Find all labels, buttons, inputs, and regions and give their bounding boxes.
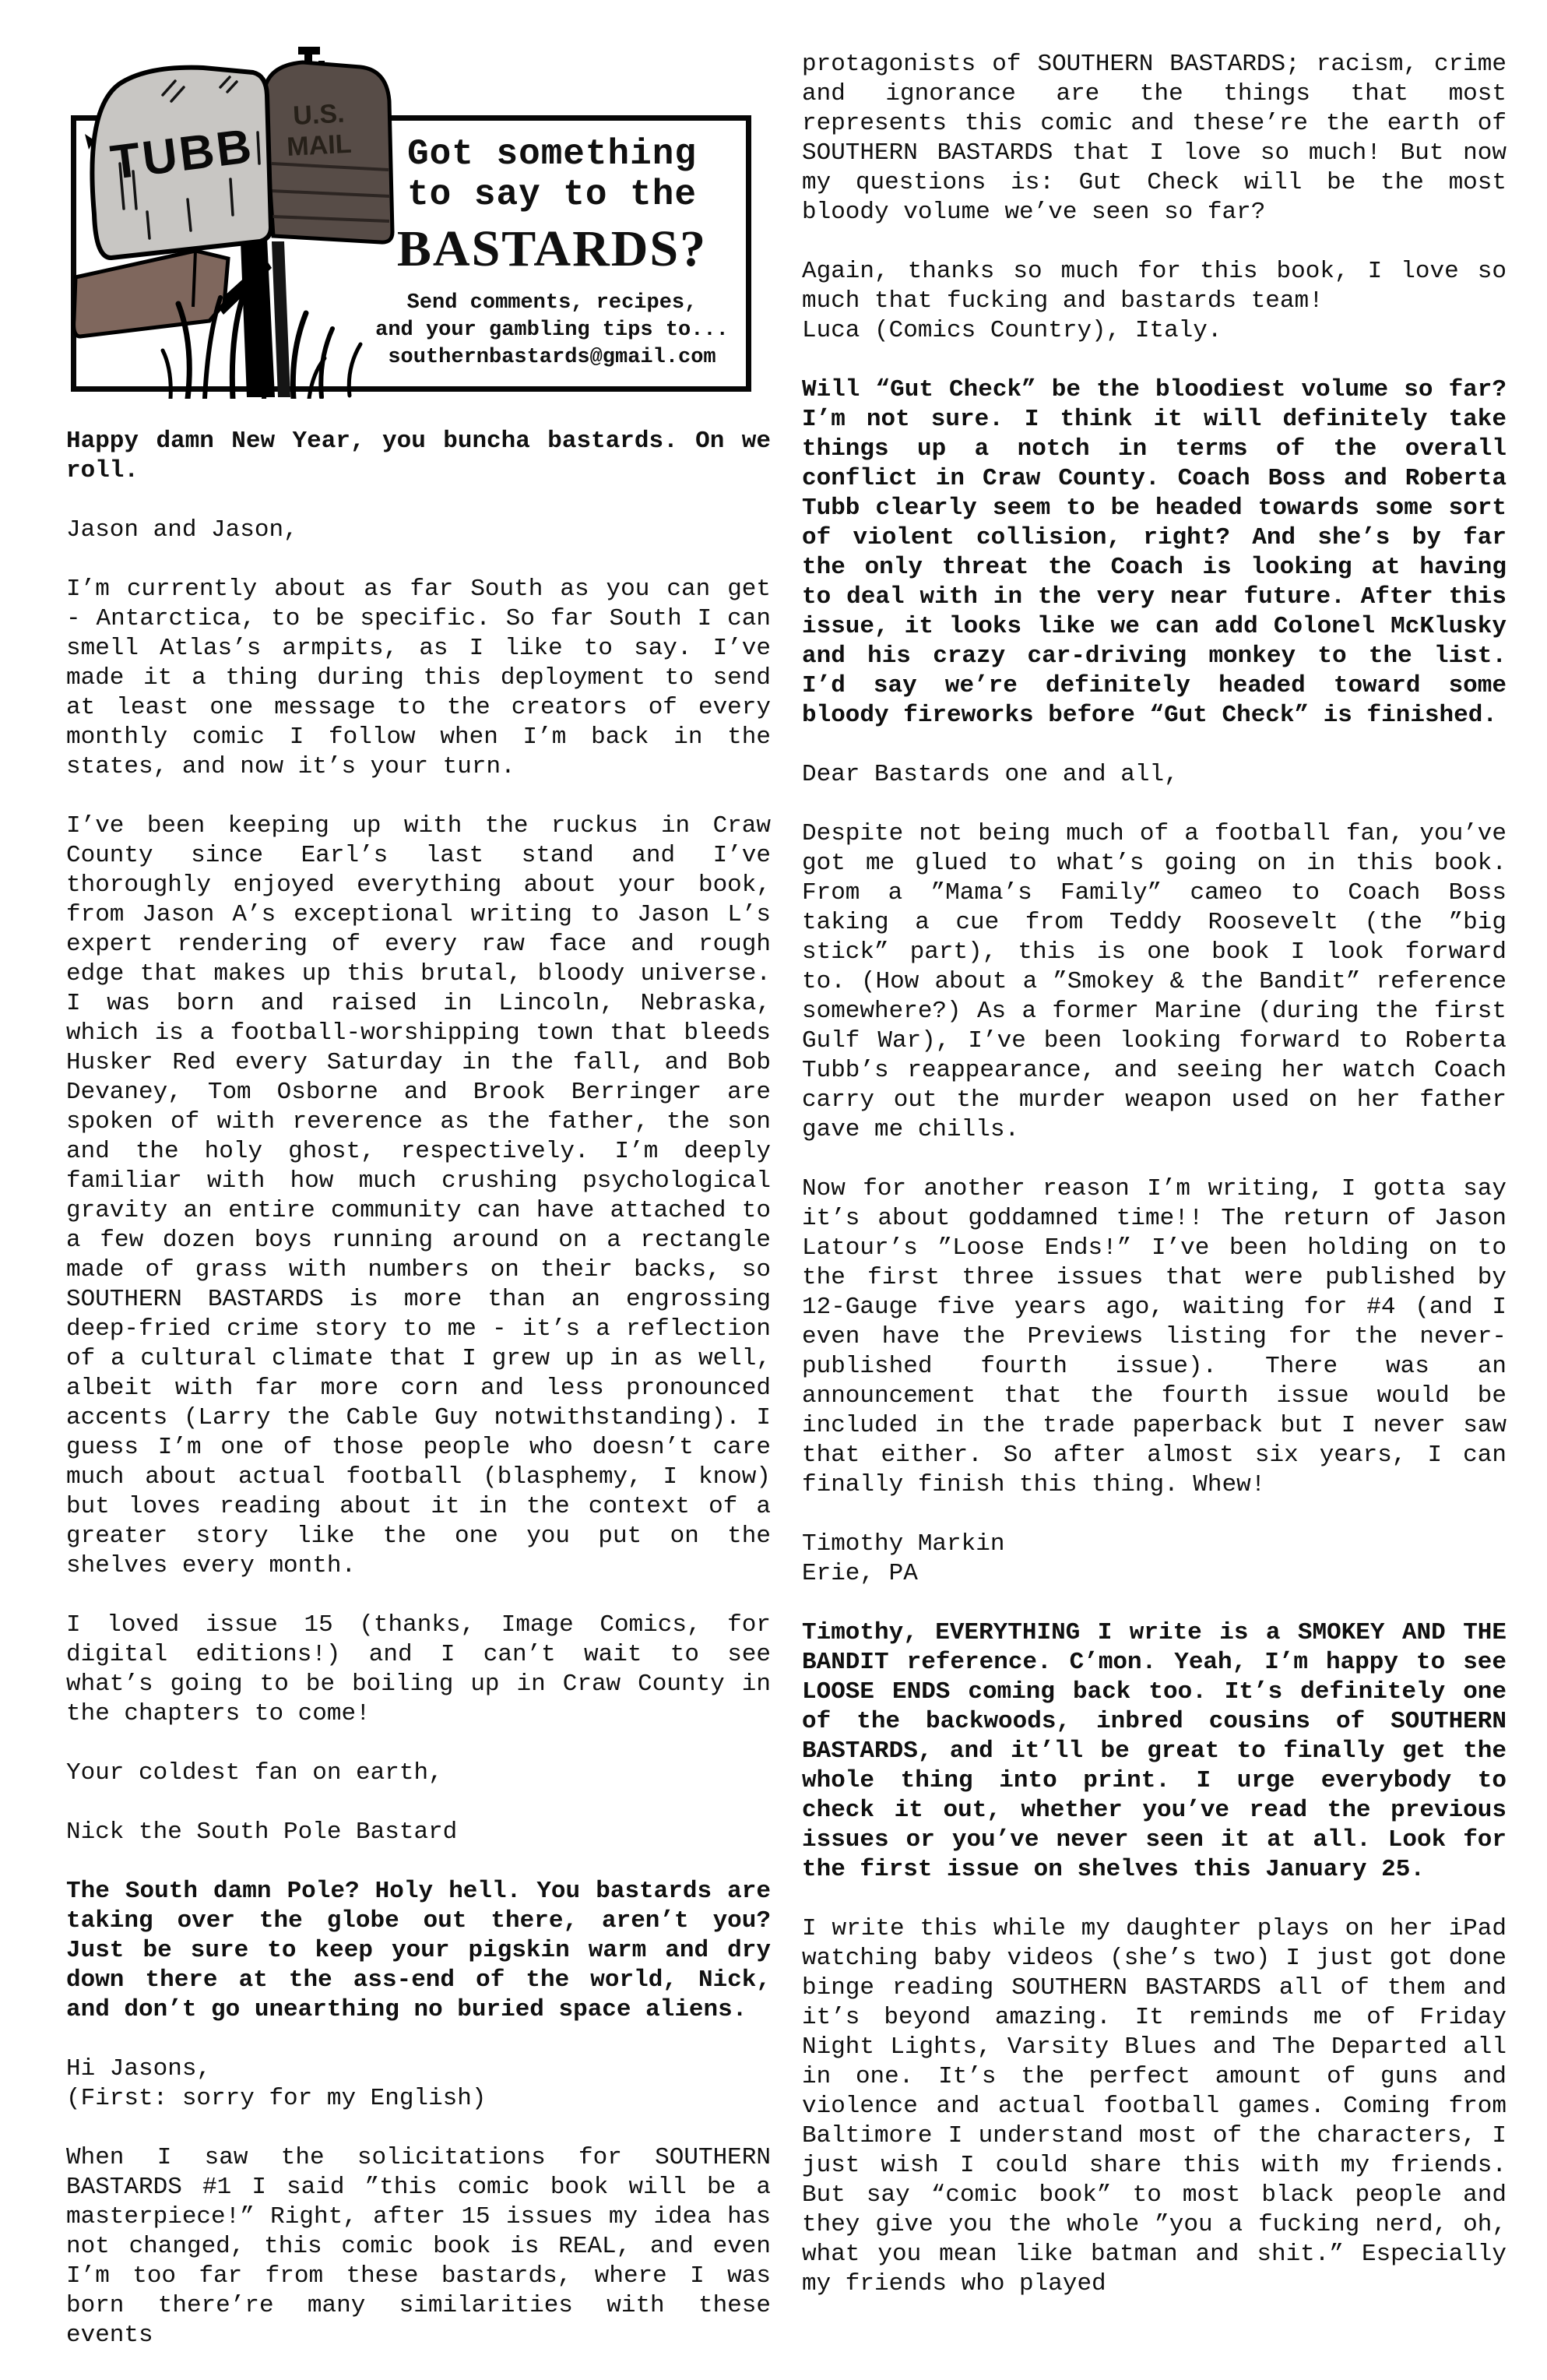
letter-paragraph: I loved issue 15 (thanks, Image Comics, … <box>66 1611 771 1729</box>
letter-paragraph: I’ve been keeping up with the ruckus in … <box>66 812 771 1581</box>
letter-paragraph: I’m currently about as far South as you … <box>66 575 771 782</box>
right-column: protagonists of SOUTHERN BASTARDS; racis… <box>802 50 1507 2329</box>
letters-page: U.S. MAIL TUBB <box>0 0 1547 2380</box>
letter-paragraph: Timothy Markin Erie, PA <box>802 1530 1507 1589</box>
letter-paragraph: Now for another reason I’m writing, I go… <box>802 1174 1507 1500</box>
letter-paragraph: Nick the South Pole Bastard <box>66 1818 771 1847</box>
us-mail-text-line2: MAIL <box>286 129 352 162</box>
letters-page-header: U.S. MAIL TUBB <box>66 47 771 407</box>
mailbox-newspaper-bin <box>74 251 228 336</box>
header-line-1: Got something <box>353 134 751 174</box>
letter-paragraph: Hi Jasons, (First: sorry for my English) <box>66 2054 771 2114</box>
editor-response-paragraph: The South damn Pole? Holy hell. You bast… <box>66 1877 771 2025</box>
letter-paragraph: Despite not being much of a football fan… <box>802 819 1507 1145</box>
mailbox-body: TUBB <box>85 68 271 258</box>
letter-paragraph: Again, thanks so much for this book, I l… <box>802 257 1507 346</box>
letter-paragraph: protagonists of SOUTHERN BASTARDS; racis… <box>802 50 1507 227</box>
left-column: U.S. MAIL TUBB <box>66 47 771 2380</box>
us-mail-text-line1: U.S. <box>292 99 345 131</box>
header-sub-1: Send comments, recipes, <box>353 290 751 317</box>
header-text-block: Got something to say to the BASTARDS? Se… <box>353 134 751 371</box>
email-address: southernbastards@gmail.com <box>353 344 751 371</box>
header-title: BASTARDS? <box>353 215 751 283</box>
editor-response-paragraph: Timothy, EVERYTHING I write is a SMOKEY … <box>802 1618 1507 1885</box>
header-sub-2: and your gambling tips to... <box>353 317 751 344</box>
left-column-paragraphs: Happy damn New Year, you buncha bastards… <box>66 427 771 2350</box>
editor-response-paragraph: Will “Gut Check” be the bloodiest volume… <box>802 375 1507 731</box>
letter-paragraph: I write this while my daughter plays on … <box>802 1914 1507 2299</box>
letter-paragraph: When I saw the solicitations for SOUTHER… <box>66 2143 771 2350</box>
editor-response-paragraph: Happy damn New Year, you buncha bastards… <box>66 427 771 486</box>
letter-paragraph: Your coldest fan on earth, <box>66 1759 771 1788</box>
letter-paragraph: Dear Bastards one and all, <box>802 760 1507 790</box>
letter-paragraph: Jason and Jason, <box>66 516 771 545</box>
header-line-2: to say to the <box>353 174 751 215</box>
right-column-paragraphs: protagonists of SOUTHERN BASTARDS; racis… <box>802 50 1507 2299</box>
